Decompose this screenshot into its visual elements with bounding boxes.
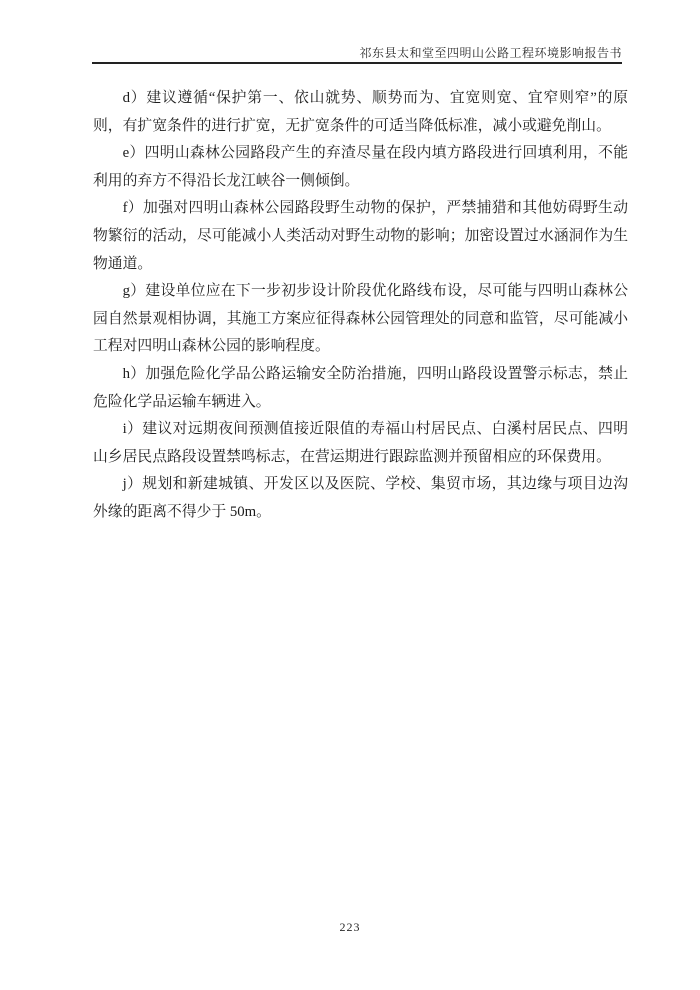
document-body: d）建议遵循“保护第一、依山就势、顺势而为、宜宽则宽、宜窄则窄”的原则，有扩宽条… (93, 85, 628, 527)
paragraph-j: j）规划和新建城镇、开发区以及医院、学校、集贸市场，其边缘与项目边沟外缘的距离不… (93, 471, 628, 526)
paragraph-f: f）加强对四明山森林公园路段野生动物的保护，严禁捕猎和其他妨碍野生动物繁衍的活动… (93, 195, 628, 278)
paragraph-g: g）建设单位应在下一步初步设计阶段优化路线布设，尽可能与四明山森林公园自然景观相… (93, 278, 628, 361)
page-number: 223 (340, 920, 361, 934)
paragraph-h: h）加强危险化学品公路运输安全防治措施，四明山路段设置警示标志，禁止危险化学品运… (93, 361, 628, 416)
paragraph-d: d）建议遵循“保护第一、依山就势、顺势而为、宜宽则宽、宜窄则窄”的原则，有扩宽条… (93, 85, 628, 140)
header-rule (92, 62, 622, 64)
document-page: 祁东县太和堂至四明山公路工程环境影响报告书 d）建议遵循“保护第一、依山就势、顺… (0, 0, 700, 990)
paragraph-e: e）四明山森林公园路段产生的弃渣尽量在段内填方路段进行回填利用，不能利用的弃方不… (93, 140, 628, 195)
paragraph-i: i）建议对远期夜间预测值接近限值的寿福山村居民点、白溪村居民点、四明山乡居民点路… (93, 416, 628, 471)
page-footer: 223 (0, 918, 700, 936)
header-title: 祁东县太和堂至四明山公路工程环境影响报告书 (359, 44, 622, 61)
